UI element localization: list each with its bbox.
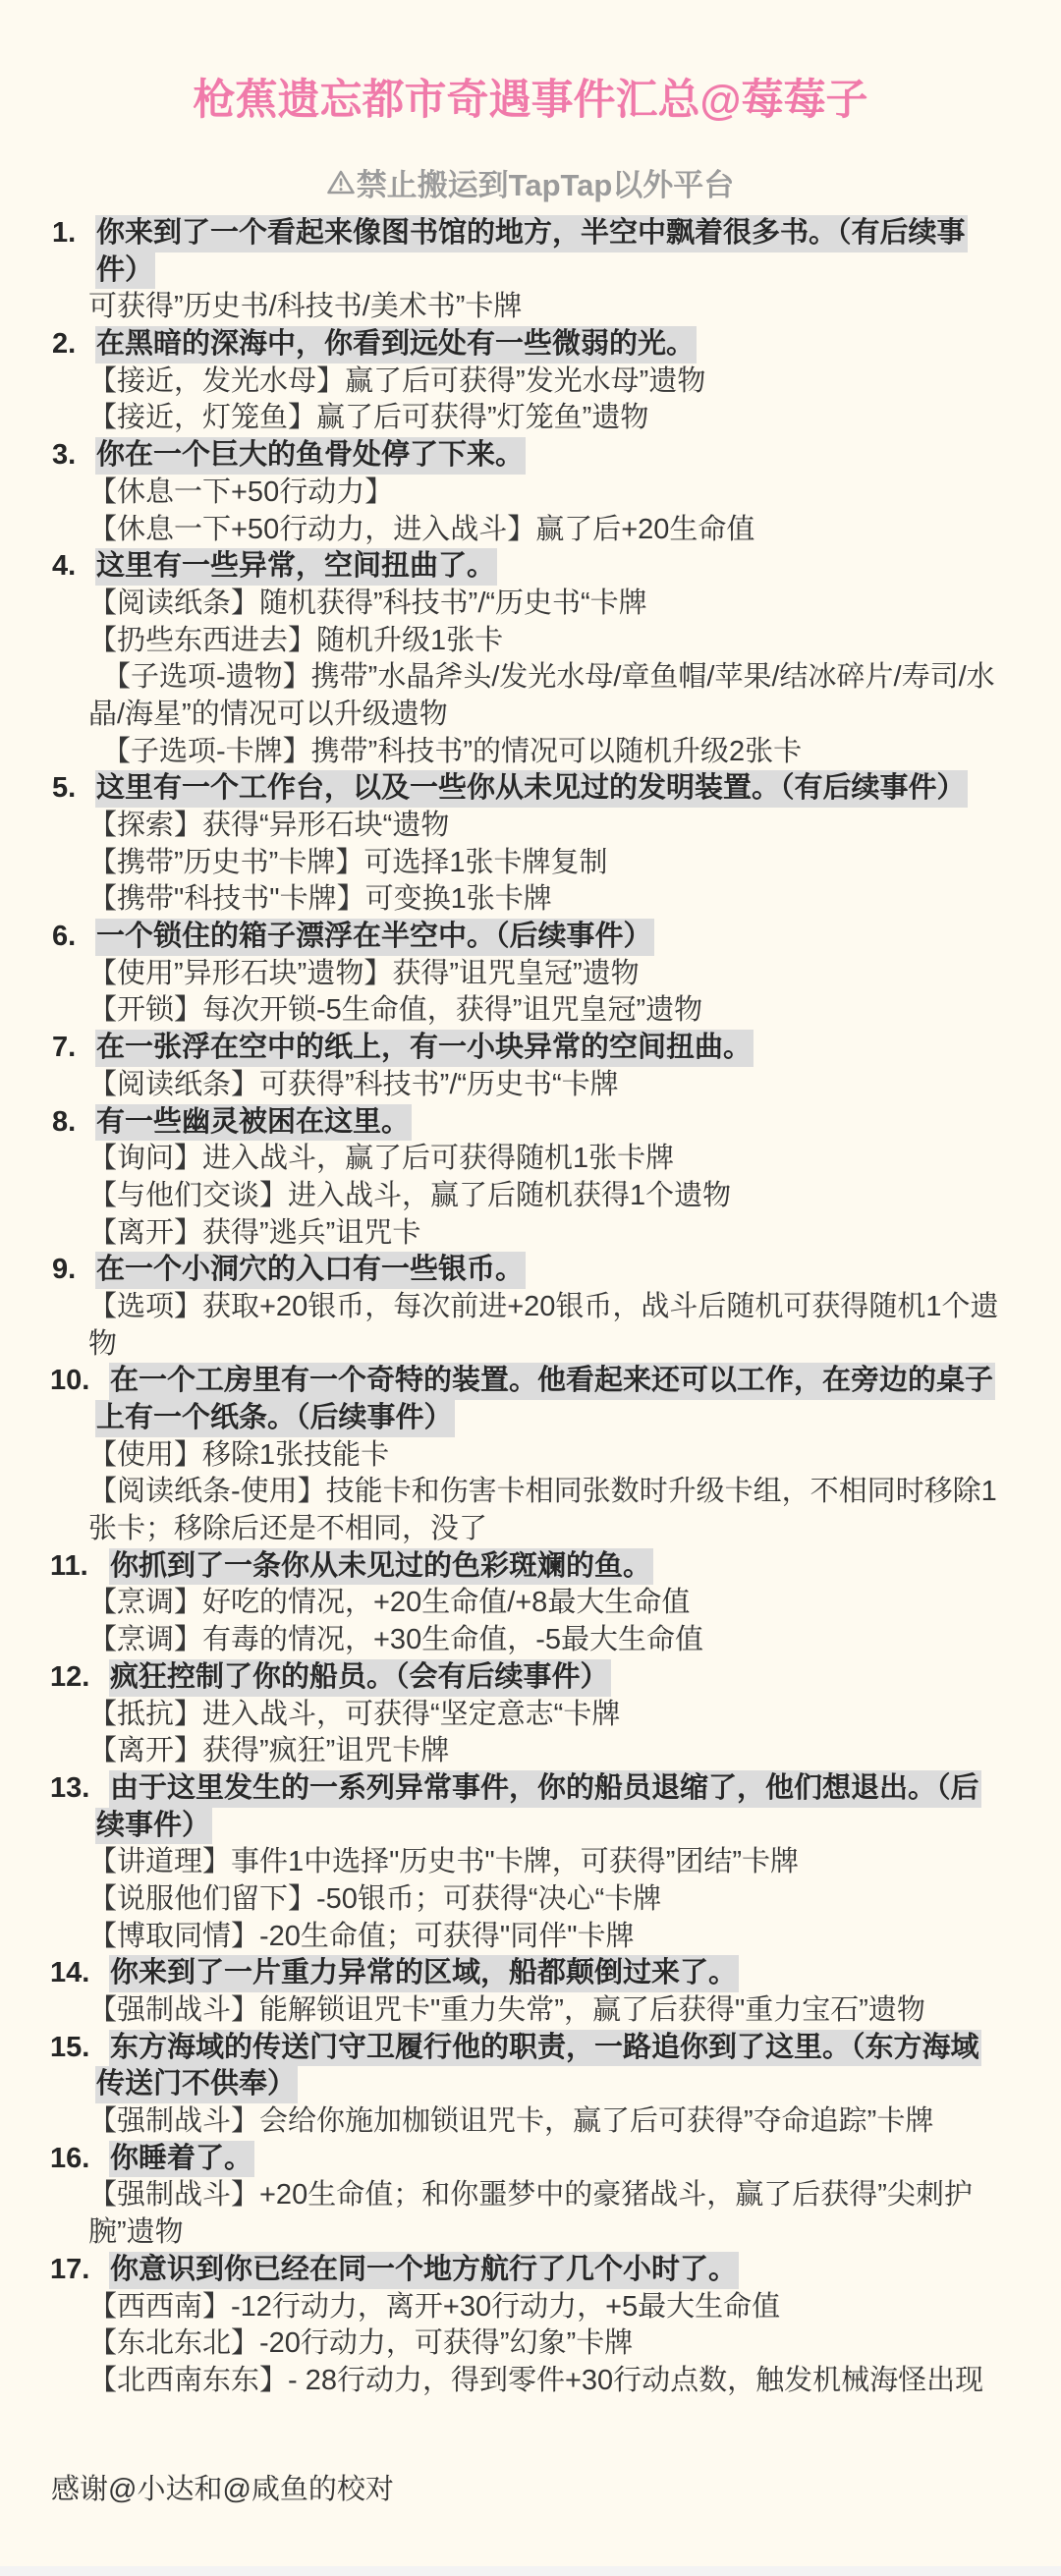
event-heading-text: 你意识到你已经在同一个地方航行了几个小时了。 <box>109 2252 739 2289</box>
event-option: 【离开】获得”逃兵”诅咒卡 <box>0 1215 1061 1253</box>
event-heading: 2.在黑暗的深海中，你看到远处有一些微弱的光。 <box>0 326 1061 364</box>
event-option: 【阅读纸条】可获得”科技书”/“历史书“卡牌 <box>0 1067 1061 1104</box>
event-number: 15. <box>50 2030 89 2067</box>
event-item: 7.在一张浮在空中的纸上，有一小块异常的空间扭曲。 【阅读纸条】可获得”科技书”… <box>0 1030 1061 1103</box>
event-heading-text: 你来到了一个看起来像图书馆的地方，半空中飘着很多书。（有后续事 <box>95 215 968 252</box>
event-heading-text: 一个锁住的箱子漂浮在半空中。（后续事件） <box>95 919 654 956</box>
event-option: 【说服他们留下】-50银币；可获得“决心“卡牌 <box>0 1881 1061 1919</box>
event-heading: 15.东方海域的传送门守卫履行他的职责，一路追你到了这里。（东方海域 <box>0 2030 1061 2067</box>
event-heading-text: 这里有一些异常，空间扭曲了。 <box>95 548 497 586</box>
event-heading-text: 有一些幽灵被困在这里。 <box>95 1104 412 1142</box>
event-option: 可获得”历史书/科技书/美术书”卡牌 <box>0 289 1061 326</box>
event-heading-text: 在一个小洞穴的入口有一些银币。 <box>95 1252 526 1289</box>
event-number: 7. <box>52 1030 76 1067</box>
event-sub-option: 【子选项-卡牌】携带”科技书”的情况可以随机升级2张卡 <box>0 734 1061 771</box>
event-item: 9.在一个小洞穴的入口有一些银币。 【选项】获取+20银币，每次前进+20银币，… <box>0 1252 1061 1363</box>
event-heading-text: 续事件） <box>95 1808 212 1845</box>
warning-text: 禁止搬运到TapTap以外平台 <box>357 160 735 204</box>
event-option: 【抵抗】进入战斗，可获得“坚定意志“卡牌 <box>0 1697 1061 1734</box>
page-title: 枪蕉遗忘都市奇遇事件汇总@莓莓子 <box>0 77 1061 124</box>
event-item: 15.东方海域的传送门守卫履行他的职责，一路追你到了这里。（东方海域 传送门不供… <box>0 2030 1061 2141</box>
event-item: 11.你抓到了一条你从未见过的色彩斑斓的鱼。 【烹调】好吃的情况，+20生命值/… <box>0 1548 1061 1659</box>
event-heading-text: 你在一个巨大的鱼骨处停了下来。 <box>95 437 526 475</box>
event-number: 5. <box>52 770 76 808</box>
event-heading-text: 在黑暗的深海中，你看到远处有一些微弱的光。 <box>95 326 697 364</box>
event-option-continued: 腕”遗物 <box>0 2214 1061 2252</box>
event-number: 17. <box>50 2252 89 2289</box>
event-item: 1.你来到了一个看起来像图书馆的地方，半空中飘着很多书。（有后续事 件） 可获得… <box>0 215 1061 326</box>
event-heading-text: 这里有一个工作台，以及一些你从未见过的发明装置。（有后续事件） <box>95 770 968 808</box>
event-option: 【开锁】每次开锁-5生命值，获得”诅咒皇冠”遗物 <box>0 992 1061 1030</box>
event-item: 12.疯狂控制了你的船员。（会有后续事件） 【抵抗】进入战斗，可获得“坚定意志“… <box>0 1659 1061 1770</box>
event-heading: 7.在一张浮在空中的纸上，有一小块异常的空间扭曲。 <box>0 1030 1061 1067</box>
event-number: 6. <box>52 919 76 956</box>
repost-warning: 禁止搬运到TapTap以外平台 <box>0 163 1061 200</box>
event-heading: 10.在一个工房里有一个奇特的装置。他看起来还可以工作，在旁边的桌子 <box>0 1363 1061 1400</box>
event-heading: 9.在一个小洞穴的入口有一些银币。 <box>0 1252 1061 1289</box>
event-heading-text: 由于这里发生的一系列异常事件，你的船员退缩了，他们想退出。（后 <box>109 1770 981 1808</box>
event-number: 10. <box>50 1363 89 1400</box>
event-heading-text: 上有一个纸条。（后续事件） <box>95 1400 455 1437</box>
event-heading: 16.你睡着了。 <box>0 2141 1061 2178</box>
event-option: 【使用】移除1张技能卡 <box>0 1437 1061 1475</box>
event-heading-text: 你睡着了。 <box>109 2141 254 2178</box>
event-heading-continued: 上有一个纸条。（后续事件） <box>0 1400 1061 1437</box>
event-option: 【探索】获得“异形石块“遗物 <box>0 808 1061 845</box>
event-option: 【阅读纸条】随机获得”科技书”/“历史书“卡牌 <box>0 586 1061 623</box>
event-heading-text: 你抓到了一条你从未见过的色彩斑斓的鱼。 <box>109 1548 653 1586</box>
event-option: 【烹调】好吃的情况，+20生命值/+8最大生命值 <box>0 1585 1061 1622</box>
event-option: 【携带"科技书"卡牌】可变换1张卡牌 <box>0 881 1061 919</box>
event-sub-option-continued: 晶/海星”的情况可以升级遗物 <box>0 697 1061 734</box>
event-number: 13. <box>50 1770 89 1808</box>
event-item: 8.有一些幽灵被困在这里。 【询问】进入战斗，赢了后可获得随机1张卡牌 【与他们… <box>0 1104 1061 1253</box>
event-item: 14.你来到了一片重力异常的区域，船都颠倒过来了。 【强制战斗】能解锁诅咒卡"重… <box>0 1955 1061 2029</box>
event-option: 【使用”异形石块”遗物】获得”诅咒皇冠”遗物 <box>0 956 1061 993</box>
event-heading: 13.由于这里发生的一系列异常事件，你的船员退缩了，他们想退出。（后 <box>0 1770 1061 1808</box>
event-option: 【博取同情】-20生命值；可获得"同伴"卡牌 <box>0 1919 1061 1956</box>
event-number: 2. <box>52 326 76 364</box>
event-heading: 6.一个锁住的箱子漂浮在半空中。（后续事件） <box>0 919 1061 956</box>
event-option: 【讲道理】事件1中选择"历史书"卡牌，可获得”团结”卡牌 <box>0 1844 1061 1881</box>
event-heading-continued: 传送门不供奉） <box>0 2066 1061 2103</box>
event-heading-text: 你来到了一片重力异常的区域，船都颠倒过来了。 <box>109 1955 739 1992</box>
warning-icon <box>327 170 355 195</box>
event-number: 9. <box>52 1252 76 1289</box>
event-item: 16.你睡着了。 【强制战斗】+20生命值；和你噩梦中的豪猪战斗，赢了后获得”尖… <box>0 2141 1061 2252</box>
event-heading: 17.你意识到你已经在同一个地方航行了几个小时了。 <box>0 2252 1061 2289</box>
event-option: 【烹调】有毒的情况，+30生命值，-5最大生命值 <box>0 1622 1061 1659</box>
event-number: 3. <box>52 437 76 475</box>
event-option: 【扔些东西进去】随机升级1张卡 <box>0 623 1061 660</box>
event-heading: 12.疯狂控制了你的船员。（会有后续事件） <box>0 1659 1061 1697</box>
event-option: 【休息一下+50行动力，进入战斗】赢了后+20生命值 <box>0 512 1061 549</box>
event-heading-text: 在一张浮在空中的纸上，有一小块异常的空间扭曲。 <box>95 1030 754 1067</box>
event-heading: 3.你在一个巨大的鱼骨处停了下来。 <box>0 437 1061 475</box>
event-option: 【离开】获得”疯狂”诅咒卡牌 <box>0 1733 1061 1770</box>
event-heading-text: 件） <box>95 252 155 290</box>
event-option: 【选项】获取+20银币，每次前进+20银币，战斗后随机可获得随机1个遗 <box>0 1289 1061 1326</box>
event-option: 【北西南东东】- 28行动力，得到零件+30行动点数，触发机械海怪出现 <box>0 2363 1061 2400</box>
event-option: 【西西南】-12行动力，离开+30行动力，+5最大生命值 <box>0 2289 1061 2326</box>
event-heading-continued: 件） <box>0 252 1061 290</box>
event-item: 5.这里有一个工作台，以及一些你从未见过的发明装置。（有后续事件） 【探索】获得… <box>0 770 1061 919</box>
event-option: 【阅读纸条-使用】技能卡和伤害卡相同张数时升级卡组，不相同时移除1 <box>0 1474 1061 1511</box>
event-heading-text: 在一个工房里有一个奇特的装置。他看起来还可以工作，在旁边的桌子 <box>109 1363 995 1400</box>
event-item: 2.在黑暗的深海中，你看到远处有一些微弱的光。 【接近，发光水母】赢了后可获得”… <box>0 326 1061 437</box>
event-option: 【与他们交谈】进入战斗，赢了后随机获得1个遗物 <box>0 1178 1061 1215</box>
event-option: 【强制战斗】会给你施加枷锁诅咒卡，赢了后可获得”夺命追踪”卡牌 <box>0 2103 1061 2141</box>
event-list: 1.你来到了一个看起来像图书馆的地方，半空中飘着很多书。（有后续事 件） 可获得… <box>0 215 1061 2400</box>
event-item: 13.由于这里发生的一系列异常事件，你的船员退缩了，他们想退出。（后 续事件） … <box>0 1770 1061 1955</box>
event-heading-continued: 续事件） <box>0 1808 1061 1845</box>
event-item: 17.你意识到你已经在同一个地方航行了几个小时了。 【西西南】-12行动力，离开… <box>0 2252 1061 2400</box>
event-number: 8. <box>52 1104 76 1142</box>
event-heading: 1.你来到了一个看起来像图书馆的地方，半空中飘着很多书。（有后续事 <box>0 215 1061 252</box>
event-option: 【接近，灯笼鱼】赢了后可获得”灯笼鱼”遗物 <box>0 400 1061 437</box>
event-option: 【携带”历史书”卡牌】可选择1张卡牌复制 <box>0 845 1061 882</box>
event-option: 【休息一下+50行动力】 <box>0 475 1061 512</box>
event-option-continued: 物 <box>0 1326 1061 1364</box>
event-heading: 5.这里有一个工作台，以及一些你从未见过的发明装置。（有后续事件） <box>0 770 1061 808</box>
event-option: 【强制战斗】+20生命值；和你噩梦中的豪猪战斗，赢了后获得”尖刺护 <box>0 2177 1061 2214</box>
event-item: 6.一个锁住的箱子漂浮在半空中。（后续事件） 【使用”异形石块”遗物】获得”诅咒… <box>0 919 1061 1030</box>
bottom-edge <box>0 2566 1061 2576</box>
event-number: 16. <box>50 2141 89 2178</box>
event-number: 11. <box>50 1548 88 1586</box>
event-number: 1. <box>52 215 76 252</box>
event-option: 【东北东北】-20行动力，可获得”幻象”卡牌 <box>0 2325 1061 2363</box>
credits-footer: 感谢@小达和@咸鱼的校对 <box>51 2472 394 2509</box>
event-number: 14. <box>50 1955 89 1992</box>
event-item: 3.你在一个巨大的鱼骨处停了下来。 【休息一下+50行动力】 【休息一下+50行… <box>0 437 1061 548</box>
event-option: 【询问】进入战斗，赢了后可获得随机1张卡牌 <box>0 1141 1061 1178</box>
event-item: 10.在一个工房里有一个奇特的装置。他看起来还可以工作，在旁边的桌子 上有一个纸… <box>0 1363 1061 1547</box>
event-heading: 14.你来到了一片重力异常的区域，船都颠倒过来了。 <box>0 1955 1061 1992</box>
event-number: 4. <box>52 548 76 586</box>
event-option: 【强制战斗】能解锁诅咒卡"重力失常”，赢了后获得"重力宝石”遗物 <box>0 1992 1061 2030</box>
event-heading-text: 东方海域的传送门守卫履行他的职责，一路追你到了这里。（东方海域 <box>109 2030 981 2067</box>
event-heading: 11.你抓到了一条你从未见过的色彩斑斓的鱼。 <box>0 1548 1061 1586</box>
event-heading-text: 疯狂控制了你的船员。（会有后续事件） <box>109 1659 611 1697</box>
event-heading: 4.这里有一些异常，空间扭曲了。 <box>0 548 1061 586</box>
event-option: 【接近，发光水母】赢了后可获得”发光水母”遗物 <box>0 364 1061 401</box>
event-item: 4.这里有一些异常，空间扭曲了。 【阅读纸条】随机获得”科技书”/“历史书“卡牌… <box>0 548 1061 770</box>
event-sub-option: 【子选项-遗物】携带”水晶斧头/发光水母/章鱼帽/苹果/结冰碎片/寿司/水 <box>0 659 1061 697</box>
event-number: 12. <box>50 1659 89 1697</box>
event-heading-text: 传送门不供奉） <box>95 2066 298 2103</box>
event-option-continued: 张卡；移除后还是不相同，没了 <box>0 1511 1061 1548</box>
event-heading: 8.有一些幽灵被困在这里。 <box>0 1104 1061 1142</box>
